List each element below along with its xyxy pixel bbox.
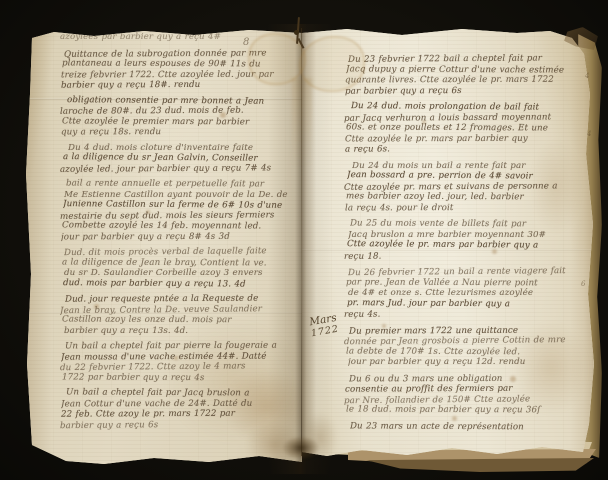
manuscript-paragraph: Dud. jour requeste pntée a la Requeste d… xyxy=(60,294,298,336)
gutter-crease-line xyxy=(301,28,302,456)
left-page-text: azoylées par barbier quy a reçu 4# Quitt… xyxy=(60,32,298,435)
manuscript-line: de 4# et onze s. Ctte lezurismes azoylée xyxy=(348,288,592,299)
manuscript-line: 60s. et onze poullets et 12 fromages. Et… xyxy=(346,122,590,134)
manuscript-line: la reçu 4s. pour le droit xyxy=(345,202,589,213)
manuscript-line: barbier quy a reçu 13s. 4d. xyxy=(64,326,302,337)
manuscript-line: par barbier quy a reçu 6s xyxy=(345,85,589,97)
manuscript-line: a reçu 6s. xyxy=(345,143,589,155)
manuscript-line: quarante livres. Ctte azoylée le pr. mar… xyxy=(345,75,589,86)
manuscript-left-page: 8 azoylées par barbier quy a reçu 4# Qui… xyxy=(24,24,302,472)
manuscript-line: la debte de 170# 1s. Ctte azoylée led. xyxy=(346,346,590,358)
manuscript-line: Du 23 febvrier 1722 bail a cheptel fait … xyxy=(348,53,588,65)
right-page-text: Du 23 febvrier 1722 bail a cheptel fait … xyxy=(344,54,588,438)
margin-fee-mark: 4 xyxy=(585,72,589,80)
manuscript-line: quy a reçu 18s. rendu xyxy=(61,127,299,138)
manuscript-line: bail a rente annuelle et perpetuelle fai… xyxy=(66,178,300,190)
manuscript-line: par pre. Jean de Vallée a Nau pierre poi… xyxy=(346,277,590,289)
manuscript-line: Un bail a cheptel fait par pierre la fou… xyxy=(65,341,299,352)
manuscript-line: Du 23 mars un acte de représentation xyxy=(350,421,590,433)
manuscript-line: reçu 4s. xyxy=(344,308,588,320)
manuscript-paragraph: Du 23 mars un acte de représentation xyxy=(344,422,588,433)
manuscript-paragraph: Du premier mars 1722 une quittancedonnée… xyxy=(344,326,588,368)
manuscript-paragraph: Du 6 ou du 3 mars une obligationconsenti… xyxy=(344,374,588,416)
manuscript-right-page: Du 23 febvrier 1722 bail a cheptel fait … xyxy=(302,24,600,476)
manuscript-line: 1722 par barbier quy a reçu 4s xyxy=(62,372,300,384)
left-edge-discoloration xyxy=(24,24,52,472)
under-sheet-edge xyxy=(366,458,594,472)
manuscript-line: barbier quy a reçu 6s xyxy=(60,418,298,431)
manuscript-line: plantaneau a leurs espouses de 90# 11s d… xyxy=(62,58,300,70)
manuscript-paragraph: Du 24 du mois un bail a rente fait parJe… xyxy=(344,161,588,214)
manuscript-line: jour par barbier quy a reçu 8# 4s 3d xyxy=(61,231,299,242)
manuscript-line: Du 25 du mois vente de billets fait par xyxy=(350,218,590,230)
manuscript-line: jour par barbier quy a reçu 12d. rendu xyxy=(348,357,592,368)
manuscript-paragraph: Du 25 du mois vente de billets fait parJ… xyxy=(344,219,588,261)
manuscript-paragraph: obligation consentie par mre bonnet a Je… xyxy=(60,96,298,138)
manuscript-line: dud. mois par barbier quy a reçu 13. 4d xyxy=(63,278,301,290)
manuscript-header-line: azoylées par barbier quy a reçu 4# xyxy=(60,32,298,43)
margin-fee-mark: 4 xyxy=(587,130,591,138)
manuscript-paragraph: bail a rente annuelle et perpetuelle fai… xyxy=(60,179,298,242)
photo-background: 8 azoylées par barbier quy a reçu 4# Qui… xyxy=(0,0,608,480)
manuscript-line: Castillon azoy les onze dud. mois par xyxy=(62,314,300,326)
manuscript-paragraph: Du 26 febvrier 1722 un bail a rente viag… xyxy=(344,267,588,320)
manuscript-paragraph: Un bail a cheptel fait par pierre la fou… xyxy=(60,341,298,383)
manuscript-line: Un bail a cheptel fait par Jacq bruslon … xyxy=(66,387,300,399)
margin-fee-mark: 6 xyxy=(581,280,585,288)
manuscript-line: du sr D. Saulandier Corbeille azoy 3 env… xyxy=(64,268,302,279)
manuscript-line: laroche de 80#. du 23 dud. mois de feb. xyxy=(60,105,298,117)
manuscript-paragraph: Un bail a cheptel fait par Jacq bruslon … xyxy=(60,388,298,430)
gutter-bottom-stain xyxy=(282,436,320,460)
manuscript-line: barbier quy a reçu 18#. rendu xyxy=(61,79,299,91)
gutter-highlight xyxy=(302,24,328,476)
manuscript-paragraph: Du 4 dud. mois cloture d'inventaire fait… xyxy=(60,143,298,175)
manuscript-line: a la diligence de Jean le bray, Contient… xyxy=(62,257,300,269)
manuscript-line: reçu 18. xyxy=(344,250,588,262)
manuscript-line: mes barbier azoy led. jour, led. barbier xyxy=(346,191,590,203)
manuscript-line: Combette azoylé les 14 feb. moyennant le… xyxy=(62,220,300,232)
manuscript-paragraph: Du 23 febvrier 1722 bail a cheptel fait … xyxy=(344,54,588,96)
manuscript-paragraph: Du 24 dud. mois prolongation de bail fai… xyxy=(344,102,588,155)
manuscript-line: azoylée led. jour par barbier quy a reçu… xyxy=(60,163,298,175)
manuscript-line: le 18 dud. mois par barbier quy a reçu 3… xyxy=(346,404,590,416)
manuscript-paragraph: Quittance de la subrogation donnée par m… xyxy=(60,49,298,91)
binding-thread-knot xyxy=(294,30,299,35)
manuscript-paragraph: Dud. dit mois procès verbal de laquelle … xyxy=(60,247,298,289)
